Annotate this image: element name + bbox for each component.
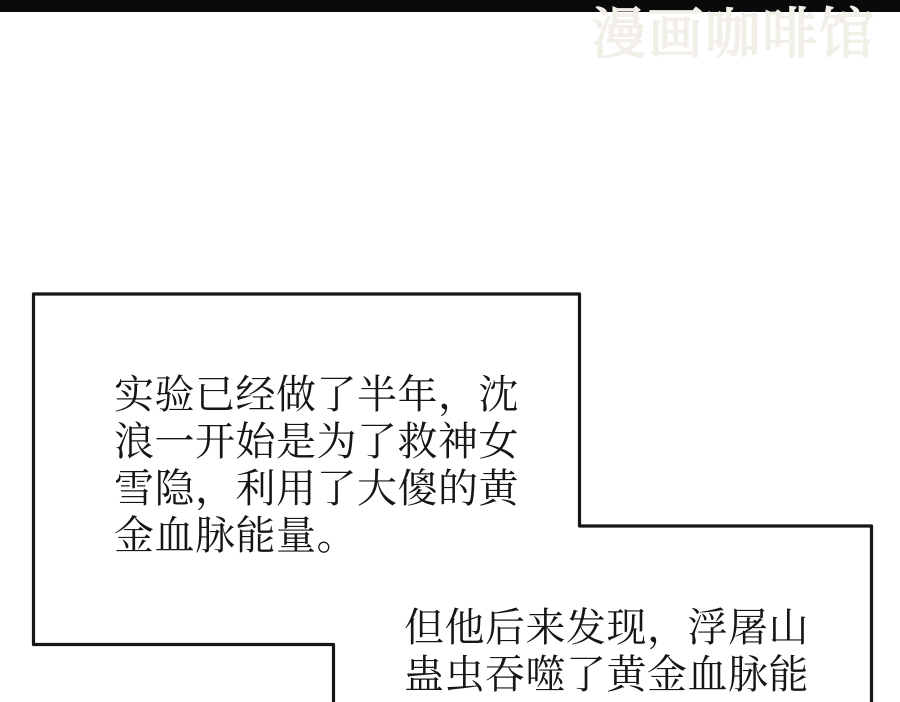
speech-line: 但他后来发现，浮屠山: [404, 605, 809, 652]
speech-line: 金血脉能量。: [114, 513, 519, 560]
speech-bubble-1-text: 实验已经做了半年，沈 浪一开始是为了救神女 雪隐，利用了大傻的黄 金血脉能量。: [114, 372, 519, 560]
speech-bubbles-outline: [0, 0, 900, 702]
speech-line: 雪隐，利用了大傻的黄: [114, 466, 519, 513]
comic-page: { "page": { "watermark": "漫画咖啡馆" }, "bub…: [0, 0, 900, 702]
speech-bubble-2-text: 但他后来发现，浮屠山 蛊虫吞噬了黄金血脉能: [404, 605, 809, 699]
speech-line: 实验已经做了半年，沈: [114, 372, 519, 419]
speech-line: 浪一开始是为了救神女: [114, 419, 519, 466]
speech-line: 蛊虫吞噬了黄金血脉能: [404, 652, 809, 699]
